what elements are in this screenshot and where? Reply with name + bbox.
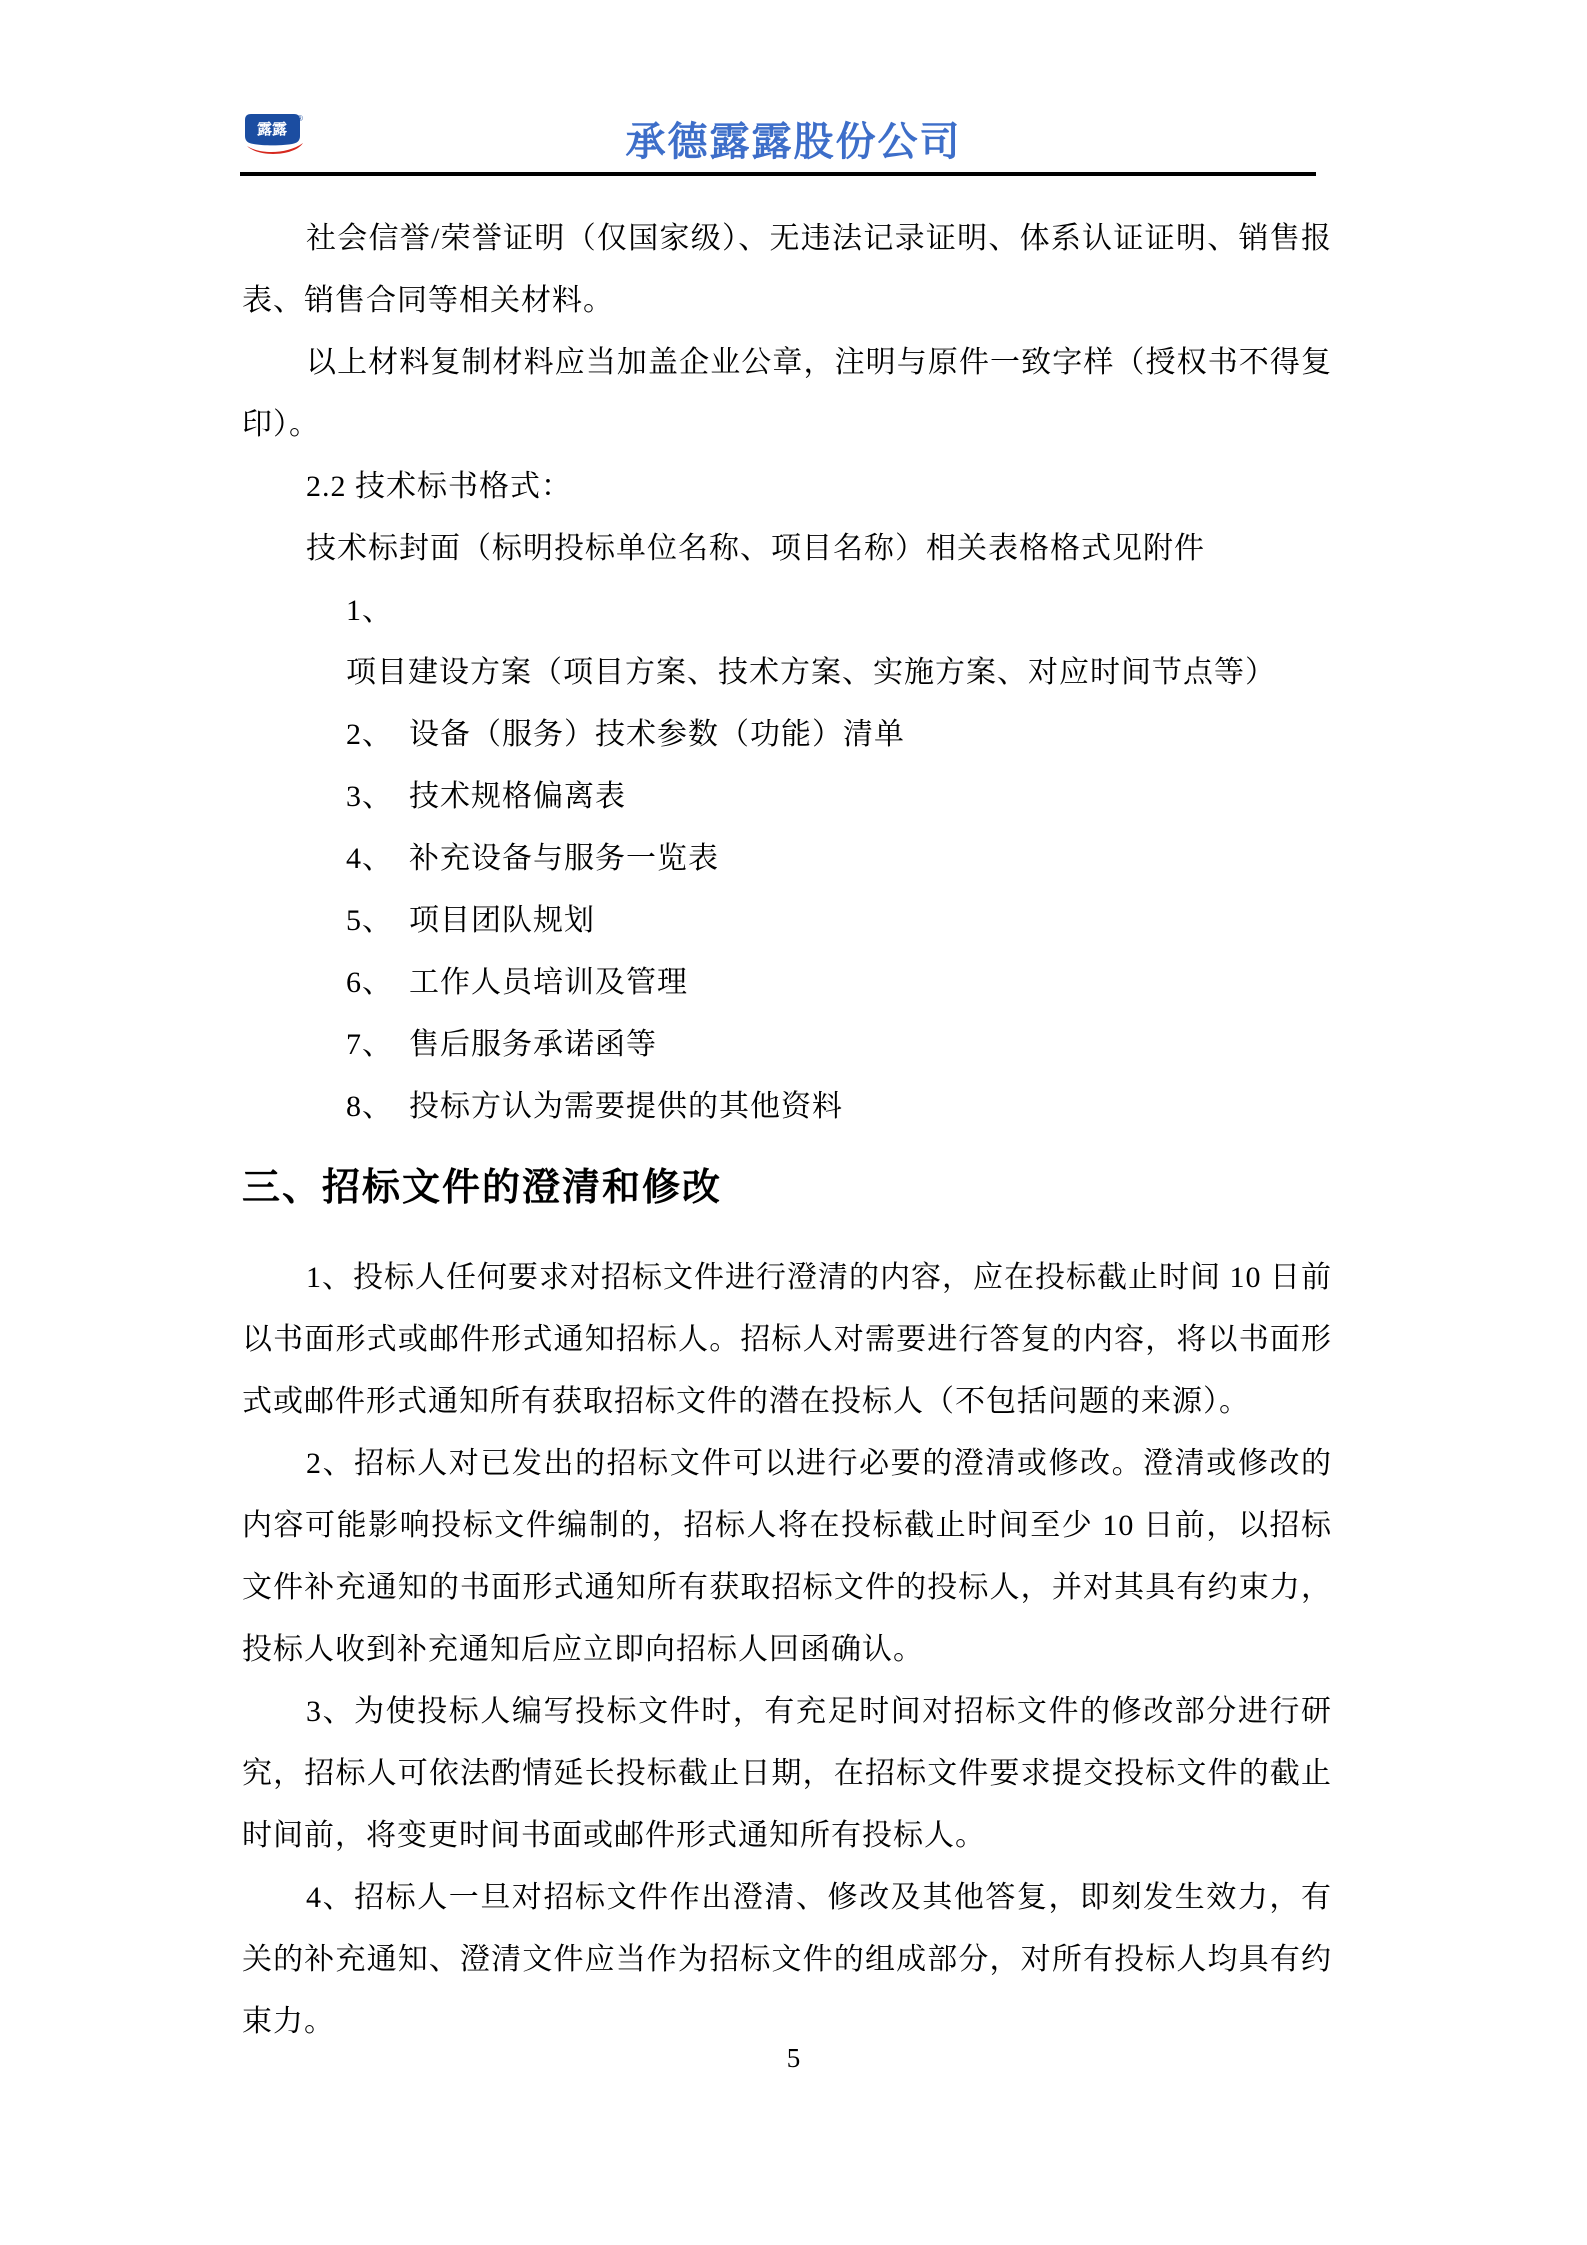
list-item-number: 4、 (346, 842, 393, 875)
section-heading-clarification: 三、招标文件的澄清和修改 (242, 1163, 1332, 1213)
list-item-number: 8、 (346, 1090, 393, 1123)
tech-doc-list: 1、项目建设方案（项目方案、技术方案、实施方案、对应时间节点等） 2、设备（服务… (242, 580, 1332, 1138)
list-item: 8、投标方认为需要提供的其他资料 (242, 1076, 1332, 1138)
list-item-text: 投标方认为需要提供的其他资料 (409, 1090, 843, 1123)
list-item: 5、项目团队规划 (242, 890, 1332, 952)
list-item-text: 售后服务承诺函等 (409, 1028, 657, 1061)
list-item: 4、补充设备与服务一览表 (242, 828, 1332, 890)
paragraph-copy-seal: 以上材料复制材料应当加盖企业公章，注明与原件一致字样（授权书不得复印）。 (242, 332, 1332, 456)
document-page: 露露 ® 承德露露股份公司 社会信誉/荣誉证明（仅国家级）、无违法记录证明、体系… (0, 0, 1587, 2245)
clause-paragraph-3: 3、为使投标人编写投标文件时，有充足时间对招标文件的修改部分进行研究，招标人可依… (242, 1681, 1332, 1867)
list-item-number: 7、 (346, 1028, 393, 1061)
list-item-number: 1、 (346, 594, 393, 627)
clause-paragraph-4: 4、招标人一旦对招标文件作出澄清、修改及其他答复，即刻发生效力，有关的补充通知、… (242, 1867, 1332, 2053)
list-item-text: 设备（服务）技术参数（功能）清单 (409, 718, 905, 751)
subsection-2-2-label: 2.2 技术标书格式： (242, 456, 1332, 518)
clause-paragraph-1: 1、投标人任何要求对招标文件进行澄清的内容，应在投标截止时间 10 日前以书面形… (242, 1247, 1332, 1433)
company-name-title: 承德露露股份公司 (0, 120, 1587, 164)
list-item-text: 工作人员培训及管理 (409, 966, 688, 999)
page-number: 5 (0, 2042, 1587, 2074)
paragraph-materials: 社会信誉/荣誉证明（仅国家级）、无违法记录证明、体系认证证明、销售报表、销售合同… (242, 208, 1332, 332)
list-item: 3、技术规格偏离表 (242, 766, 1332, 828)
document-body: 社会信誉/荣誉证明（仅国家级）、无违法记录证明、体系认证证明、销售报表、销售合同… (242, 208, 1332, 2053)
list-item-number: 3、 (346, 780, 393, 813)
list-item-number: 6、 (346, 966, 393, 999)
list-item-text: 项目团队规划 (409, 904, 595, 937)
list-item: 7、售后服务承诺函等 (242, 1014, 1332, 1076)
header-divider-rule (240, 172, 1316, 176)
list-item: 2、设备（服务）技术参数（功能）清单 (242, 704, 1332, 766)
tech-cover-line: 技术标封面（标明投标单位名称、项目名称）相关表格格式见附件 (242, 518, 1332, 580)
list-item-text: 补充设备与服务一览表 (409, 842, 719, 875)
list-item: 6、工作人员培训及管理 (242, 952, 1332, 1014)
list-item-text: 技术规格偏离表 (409, 780, 626, 813)
list-item-text: 项目建设方案（项目方案、技术方案、实施方案、对应时间节点等） (346, 656, 1276, 689)
list-item: 1、项目建设方案（项目方案、技术方案、实施方案、对应时间节点等） (242, 580, 1332, 704)
list-item-number: 5、 (346, 904, 393, 937)
list-item-number: 2、 (346, 718, 393, 751)
clause-paragraph-2: 2、招标人对已发出的招标文件可以进行必要的澄清或修改。澄清或修改的内容可能影响投… (242, 1433, 1332, 1681)
